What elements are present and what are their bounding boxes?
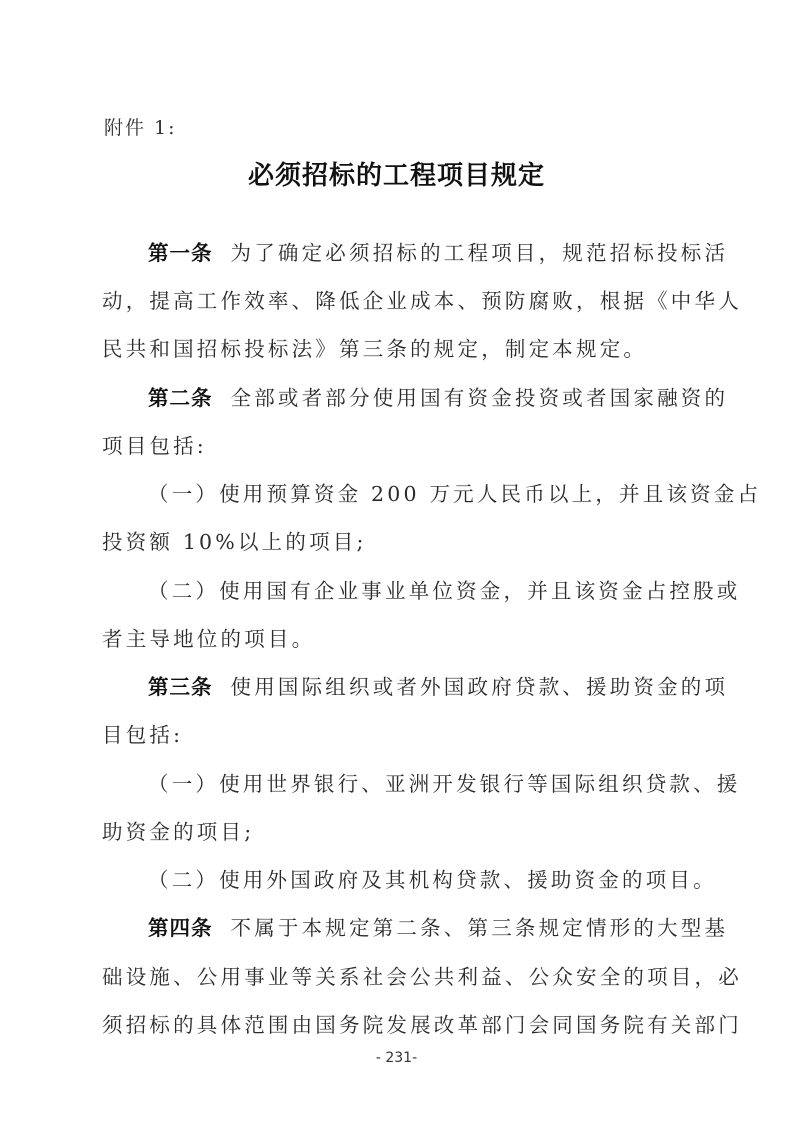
article-1-line-1: 第一条为了确定必须招标的工程项目，规范招标投标活 (148, 236, 728, 266)
article-3-item-1-line-2: 助资金的项目; (102, 815, 254, 845)
document-title: 必须招标的工程项目规定 (0, 155, 793, 192)
article-2-item-1-line-2: 投资额 10%以上的项目; (102, 525, 367, 555)
article-3-line-1: 第三条使用国际组织或者外国政府贷款、援助资金的项 (148, 670, 728, 700)
article-4-line-2: 础设施、公用事业等关系社会公共利益、公众安全的项目，必 (102, 960, 742, 990)
article-heading: 第四条 (148, 916, 213, 940)
article-3-line-2: 目包括: (102, 718, 183, 748)
article-2-item-1-line-1: （一）使用预算资金 200 万元人民币以上，并且该资金占 (148, 477, 761, 507)
page-number: - 231- (0, 1050, 793, 1066)
article-4-line-3: 须招标的具体范围由国务院发展改革部门会同国务院有关部门 (102, 1008, 742, 1038)
article-3-item-2-line-1: （二）使用外国政府及其机构贷款、援助资金的项目。 (148, 863, 717, 893)
article-2-line-2: 项目包括: (102, 429, 207, 459)
article-3-item-1-line-1: （一）使用世界银行、亚洲开发银行等国际组织贷款、援 (148, 767, 741, 797)
article-heading: 第一条 (148, 241, 213, 265)
attachment-label: 附件 1: (104, 113, 177, 140)
article-1-line-3: 民共和国招标投标法》第三条的规定，制定本规定。 (102, 332, 647, 362)
article-2-item-2-line-1: （二）使用国有企业事业单位资金，并且该资金占控股或 (148, 574, 741, 604)
document-page: 附件 1: 必须招标的工程项目规定 第一条为了确定必须招标的工程项目，规范招标投… (0, 0, 793, 1122)
article-2-line-1: 第二条全部或者部分使用国有资金投资或者国家融资的 (148, 381, 728, 411)
article-4-line-1: 第四条不属于本规定第二条、第三条规定情形的大型基 (148, 911, 728, 941)
article-heading: 第三条 (148, 675, 213, 699)
article-2-item-2-line-2: 者主导地位的项目。 (102, 622, 315, 652)
article-1-line-2: 动，提高工作效率、降低企业成本、预防腐败，根据《中华人 (102, 284, 742, 314)
article-heading: 第二条 (148, 386, 213, 410)
